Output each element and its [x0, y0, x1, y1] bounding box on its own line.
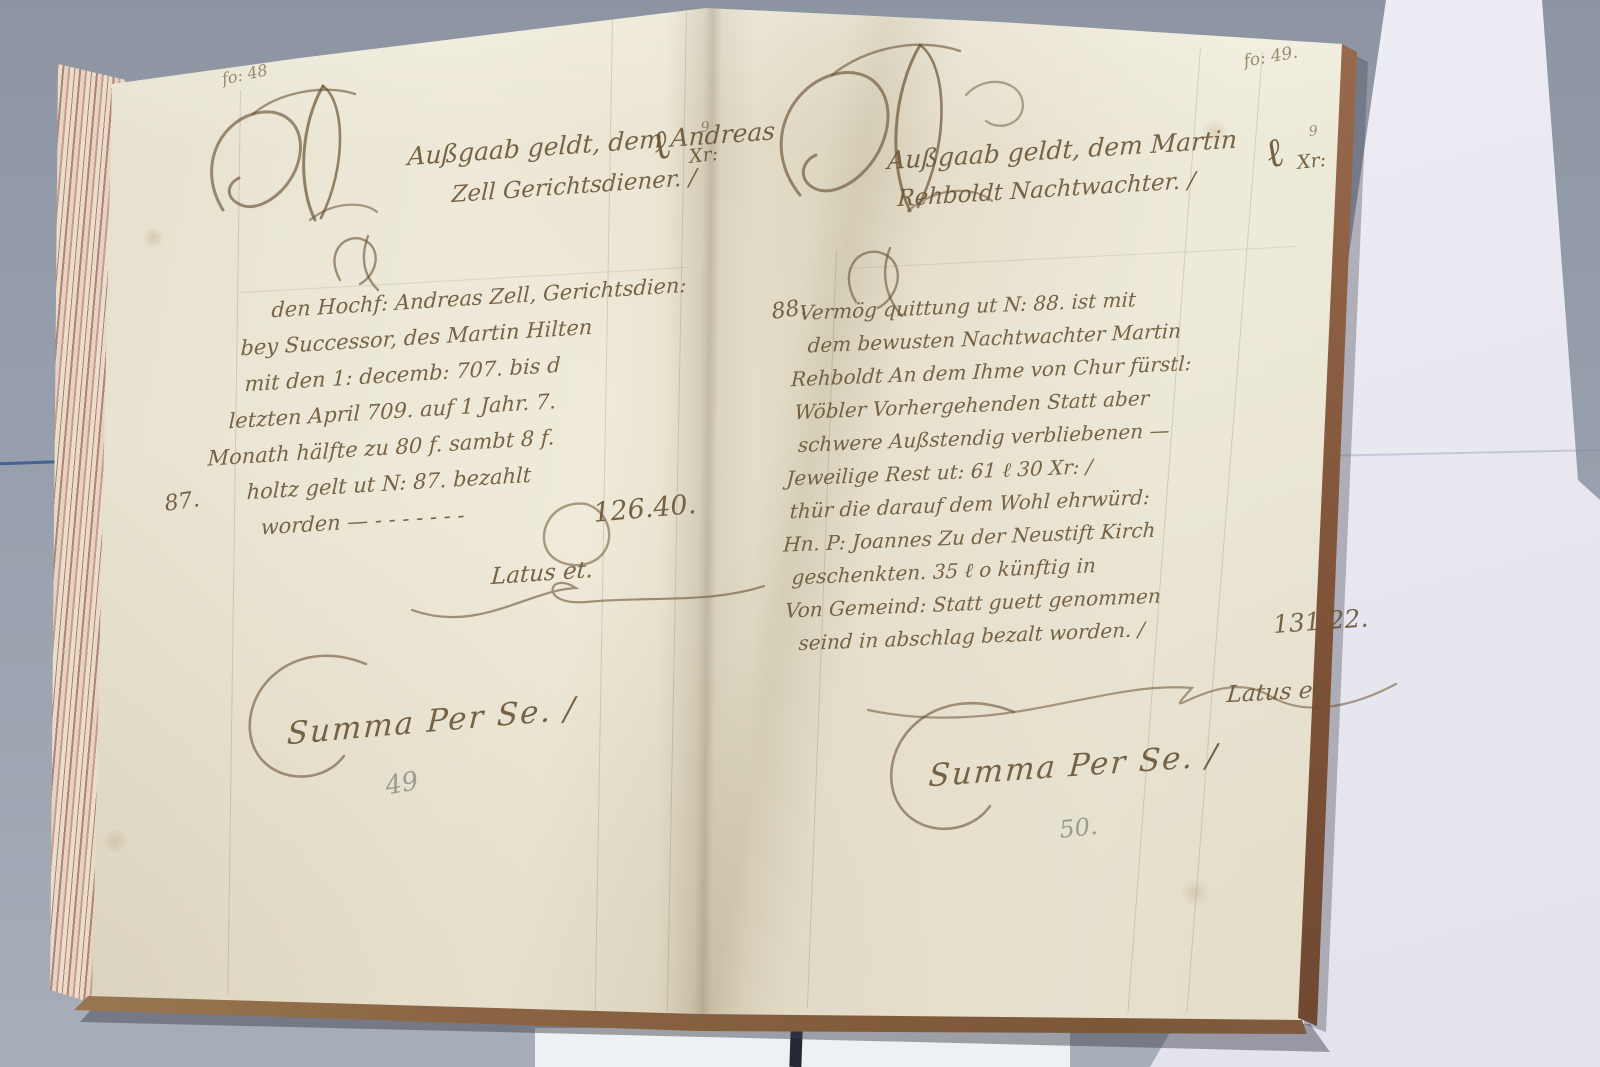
- kreuzer-label-left: Xr:: [688, 143, 719, 168]
- pencil-page-number-left: 49: [383, 766, 421, 801]
- paper-stain: [140, 228, 166, 248]
- kreuzer-label-right: Xr:: [1296, 149, 1327, 174]
- calligraphic-monogram-left: [205, 80, 425, 230]
- pencil-page-number-right: 50.: [1058, 812, 1099, 844]
- entry-number-left: 87.: [163, 487, 201, 517]
- paper-stain: [100, 830, 130, 852]
- manuscript-photo-scene: fo: 48 Außgaab geldt, dem Andreas Zell G…: [0, 0, 1600, 1067]
- paragraph-flourish-left: [318, 228, 408, 293]
- kreuzer-abbrev-mark-right: 9: [1308, 123, 1319, 140]
- latus-label-right: Latus et.: [1226, 677, 1330, 709]
- kreuzer-abbrev-mark-left: 9: [700, 119, 711, 136]
- entry-body-right: Vermög quittung ut N: 88. ist mit dem be…: [778, 281, 1195, 661]
